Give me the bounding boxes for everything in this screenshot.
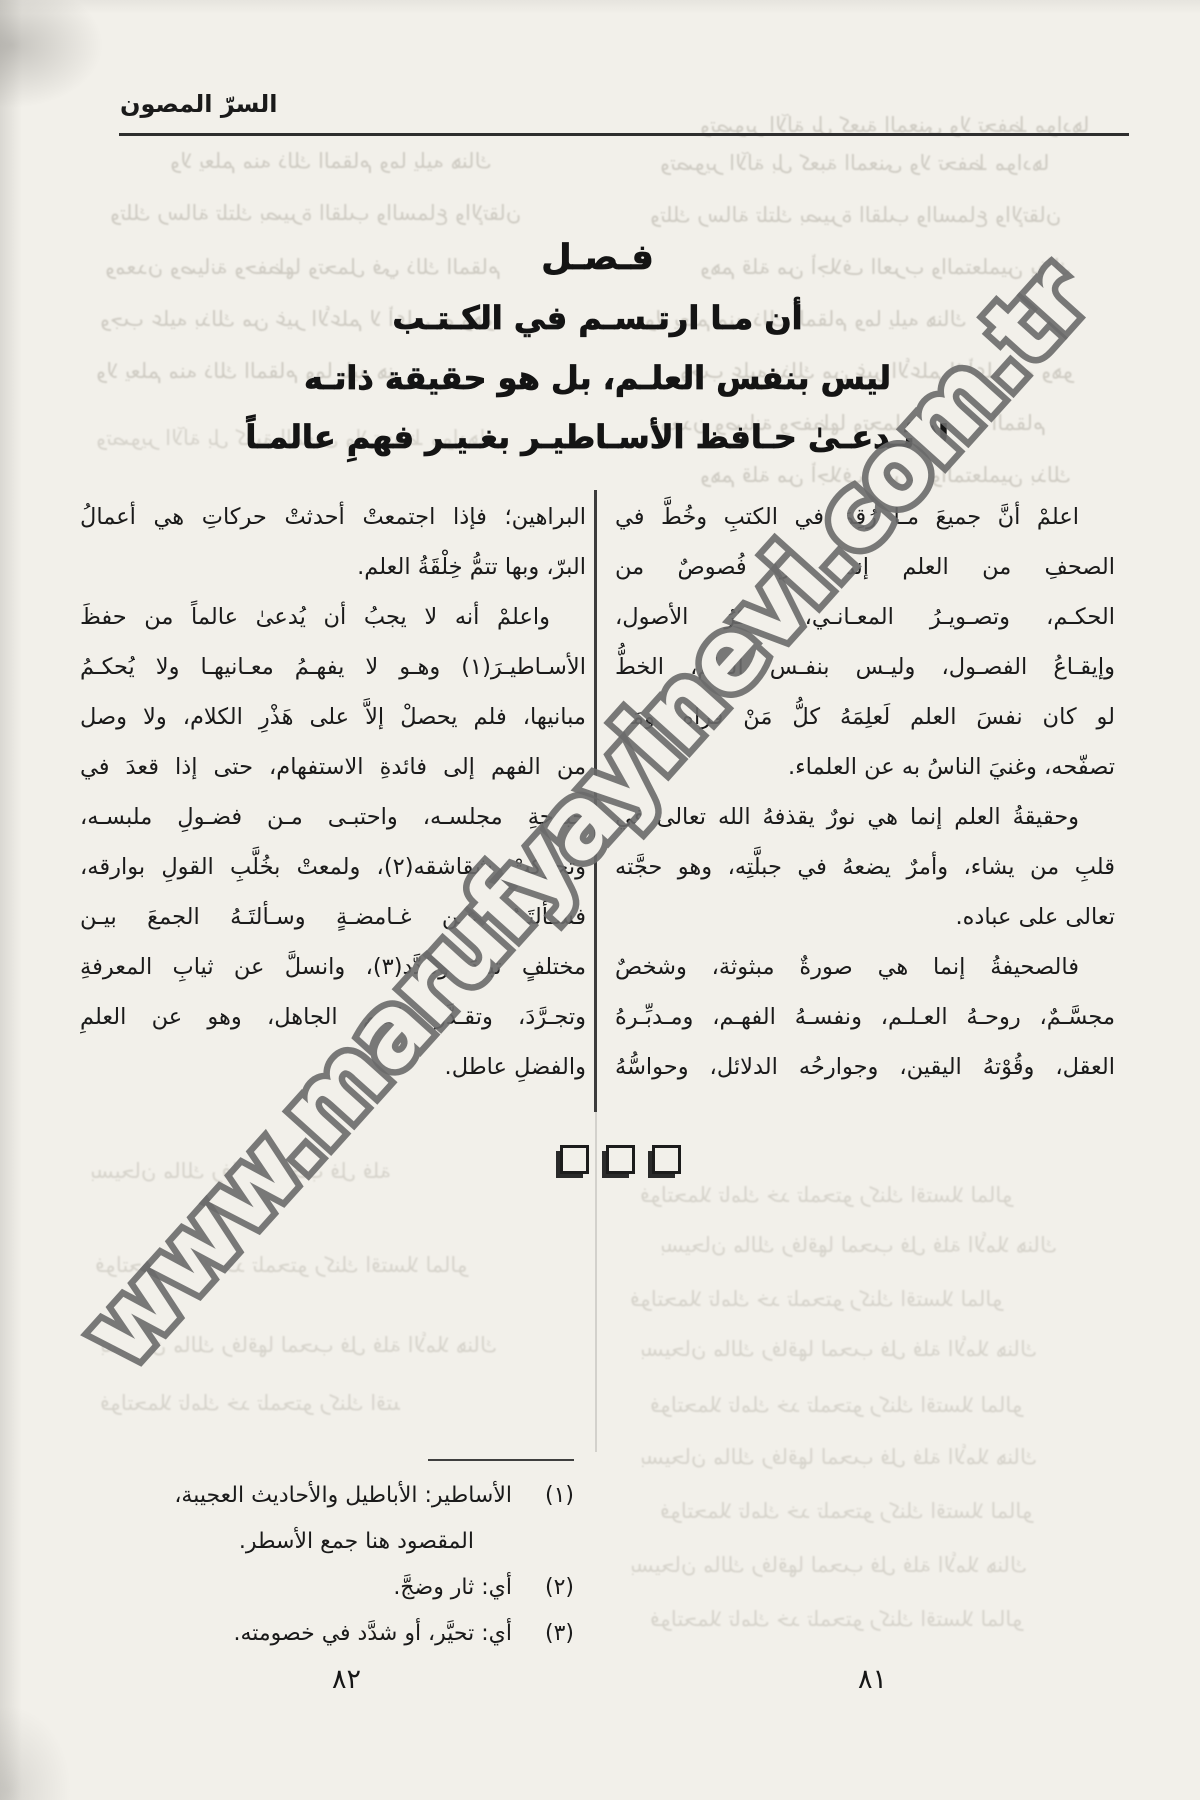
text-line: والفضلِ عاطل.	[80, 1042, 586, 1092]
bleedthrough-text: بسيحان مالك رفاقها لمحب فل فلة الأملا هن…	[100, 1332, 570, 1358]
text-line: واعلمْ أنه لا يجبُ أن يُدعىٰ عالماً من ح…	[80, 592, 586, 642]
text-line: البرّ، وبها تتمُّ خِلْقَةُ العلم.	[80, 542, 586, 592]
footnote-marker: (١)	[545, 1473, 574, 1519]
text-line: اعلمْ أنَّ جميعَ مـا رُقِمَ في الكتبِ وخ…	[615, 492, 1115, 542]
footnote-text: أي: تحيَّر، أو شدَّد في خصومته.	[233, 1621, 512, 1646]
text-line: وتحركتْ شقاشقه(٢)، ولمعتْ بخُلَّبِ القول…	[80, 842, 586, 892]
bleedthrough-text: بسيحان مالك رفاقها لمحب فل فلة الأملا هن…	[640, 1444, 1120, 1470]
right-column-page-81: اعلمْ أنَّ جميعَ مـا رُقِمَ في الكتبِ وخ…	[615, 492, 1115, 1092]
text-line: من الفهم إلى فائدةِ الاستفهام، حتى إذا ق…	[80, 742, 586, 792]
bleedthrough-text: وتلك رسالة تلتك بصيرة القلب والسماع والإ…	[650, 202, 1130, 228]
page-number-right: ٨١	[858, 1664, 887, 1695]
text-line: فسـألتَـهُ عـن غـامضـةٍ وسـألتَـهُ الجمع…	[80, 892, 586, 942]
header-rule	[119, 133, 1129, 136]
bleedthrough-text: وهم قلة من أجلاف العرب والمتعلمين بذلك	[700, 462, 1120, 488]
page-number-left: ٨٢	[332, 1664, 361, 1695]
bleedthrough-text: فولتحملا تامك خد تلمحتو ركنك اقتسلا لمال…	[650, 1392, 1120, 1418]
left-column-page-82: البراهين؛ فإذا اجتمعتْ أحدثتْ حركاتِ هي …	[80, 492, 586, 1092]
square-icon	[652, 1145, 681, 1174]
bleedthrough-text: فولتحملا تامك خد تلمحتو ركنك اقتسلا لمال…	[100, 1390, 400, 1416]
bleedthrough-text: بسيحان مالك رفاقها لمحب فل فلة الأملا هن…	[630, 1552, 1110, 1578]
bleedthrough-text: بسيحان مالك رفاقها لمحب فل فلة الأملا هن…	[90, 1158, 390, 1184]
square-icon	[560, 1145, 589, 1174]
text-line: البراهين؛ فإذا اجتمعتْ أحدثتْ حركاتِ هي …	[80, 492, 586, 542]
footnote-text: أي: ثار وضجَّ.	[393, 1575, 512, 1600]
square-icon	[606, 1145, 635, 1174]
chapter-heading-kicker: فـصـل	[5, 238, 1190, 278]
bleedthrough-text: ولا يعلم منه ذلك المقام وما يليه هناك	[170, 148, 560, 174]
footnote-text: المقصود هنا جمع الأسطر.	[239, 1529, 474, 1554]
chapter-heading-line: لا يُـدعـىٰ حـافظ الأسـاطيـر بغـيـر فهمِ…	[5, 418, 1190, 456]
footnote: (١) الأساطير: الأباطيل والأحاديث العجيبة…	[86, 1473, 578, 1519]
running-head-title: السرّ المصون	[120, 90, 277, 118]
chapter-heading-line: ليس بنفس العلـم، بل هو حقيقة ذاتـه	[5, 359, 1190, 397]
footnote: (٢) أي: ثار وضجَّ.	[86, 1565, 578, 1611]
bleedthrough-text: بسيحان مالك رفاقها لمحب فل فلة الأملا هن…	[640, 1336, 1100, 1362]
bleedthrough-text: وتلك رسالة تلتك بصيرة القلب والسماع والإ…	[110, 200, 570, 226]
bleedthrough-text: بسيحان مالك رفاقها لمحب فل فلة الأملا هن…	[660, 1232, 1110, 1258]
section-end-squares	[560, 1145, 681, 1174]
text-line: مبانيها، فلم يحصلْ إلاَّ على هَذْرِ الكل…	[80, 692, 586, 742]
footnote-separator	[428, 1459, 574, 1461]
bleedthrough-text: فولتحملا تامك خد تلمحتو ركنك اقتسلا لمال…	[630, 1286, 1120, 1312]
text-line: وتجـرَّدَ، وتقـدَّرُ باسمِ الجاهل، وهو ع…	[80, 992, 586, 1042]
text-line: الحكـم، وتصـويـرُ المعـانـي، وذكرُ الأصو…	[615, 592, 1115, 642]
text-line: العقل، وقُوْتهُ اليقين، وجوارحُه الدلائل…	[615, 1042, 1115, 1092]
chapter-heading-line: أن مـا ارتـسـم في الكـتـب	[5, 299, 1190, 337]
footnote-text: الأساطير: الأباطيل والأحاديث العجيبة،	[174, 1483, 512, 1508]
column-divider	[594, 490, 597, 1112]
scanned-book-page: وتصوير الآلة بل كعبة المعنى ولا تحفظ موا…	[0, 0, 1200, 1800]
footnote-marker: (٢)	[545, 1565, 574, 1611]
footnote-marker: (٣)	[545, 1611, 574, 1657]
text-line: فالصحيفةُ إنما هي صورةٌ مبثوثة، وشخصٌ	[615, 942, 1115, 992]
bleedthrough-text: فولتحملا تامك خد تلمحتو ركنك اقتسلا لمال…	[95, 1252, 565, 1278]
text-line: وإيقـاعُ الفصـول، وليـس بنفـس العلم، الخ…	[615, 642, 1115, 692]
text-line: وحقيقةُ العلم إنما هي نورٌ يقذفهُ الله ت…	[615, 792, 1115, 842]
text-line: قلبِ من يشاء، وأمرٌ يضعهُ في جبلَّتِه، و…	[615, 842, 1115, 892]
bleedthrough-text: فولتحملا تامك خد تلمحتو ركنك اقتسلا لمال…	[650, 1606, 1090, 1632]
text-line: تعالى على عباده.	[615, 892, 1115, 942]
bleedthrough-text: وتصوير الآلة بل كعبة المعنى ولا تحفظ موا…	[660, 150, 1130, 176]
bleedthrough-text: فولتحملا تامك خد تلمحتو ركنك اقتسلا لمال…	[640, 1182, 1120, 1208]
text-line: مختلفٍ تبلَّدَ وتلدَّد(٣)، وانسلَّ عن ثي…	[80, 942, 586, 992]
text-line: تصفّحه، وغنيَ الناسُ به عن العلماء.	[615, 742, 1115, 792]
text-line: لو كان نفسَ العلم لَعلِمَهُ كلُّ مَنْ قر…	[615, 692, 1115, 742]
text-line: الأسـاطيـرَ(١) وهـو لا يفهـمُ معـانيهـا …	[80, 642, 586, 692]
footnote: (٣) أي: تحيَّر، أو شدَّد في خصومته.	[86, 1611, 578, 1657]
text-line: مجسَّـمٌ، روحـهُ العـلـم، ونفسـهُ الفهـم…	[615, 992, 1115, 1042]
bleedthrough-text: فولتحملا تامك خد تلمحتو ركنك اقتسلا لمال…	[660, 1498, 1110, 1524]
text-line: حبوحةِ مجلسـه، واحتبـى مـن فضـولِ ملبسـه…	[80, 792, 586, 842]
text-line: الصحفِ من العلم إنما هو فُصوصٌ من	[615, 542, 1115, 592]
footnote-continuation: المقصود هنا جمع الأسطر.	[86, 1519, 578, 1565]
footnotes: (١) الأساطير: الأباطيل والأحاديث العجيبة…	[86, 1473, 578, 1657]
